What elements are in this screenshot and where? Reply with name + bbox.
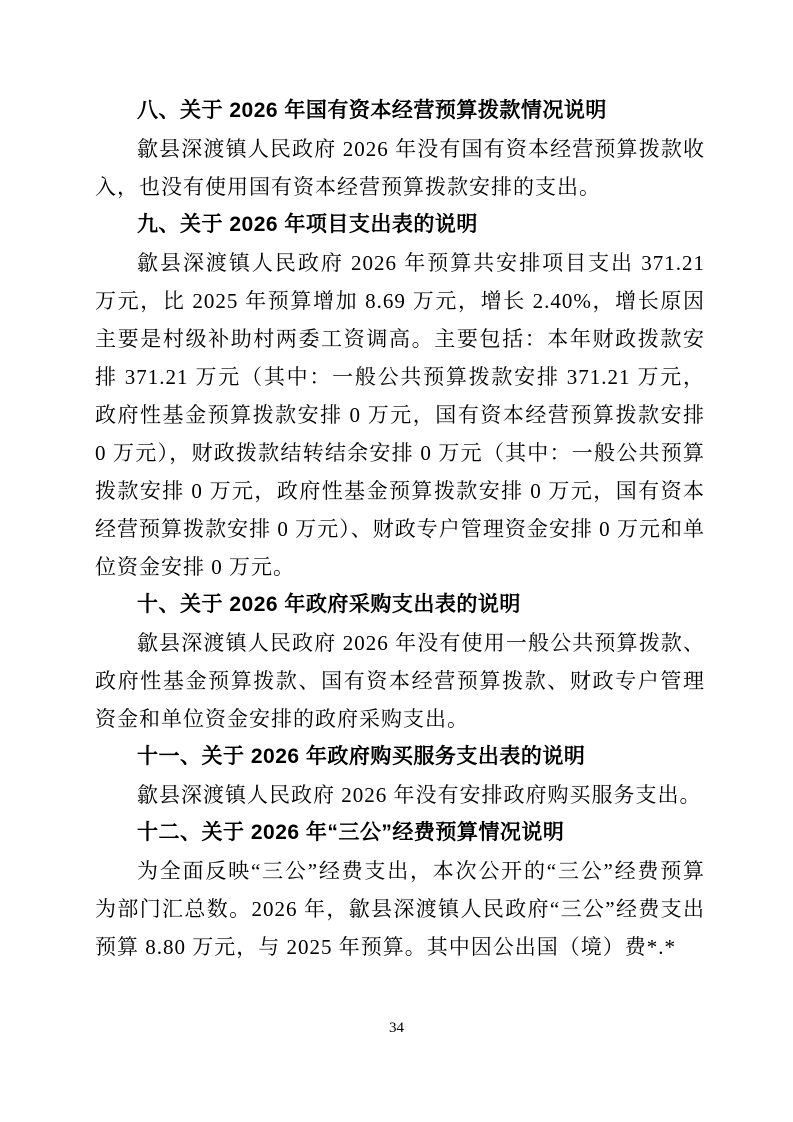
- section-9-paragraph: 歙县深渡镇人民政府 2026 年预算共安排项目支出 371.21 万元，比 20…: [95, 244, 705, 586]
- section-11-paragraph: 歙县深渡镇人民政府 2026 年没有安排政府购买服务支出。: [95, 776, 705, 814]
- section-8-paragraph: 歙县深渡镇人民政府 2026 年没有国有资本经营预算拨款收入，也没有使用国有资本…: [95, 130, 705, 206]
- page-number: 34: [0, 1018, 793, 1038]
- section-9-project-expenditure: 九、关于 2026 年项目支出表的说明 歙县深渡镇人民政府 2026 年预算共安…: [95, 206, 705, 586]
- section-9-heading: 九、关于 2026 年项目支出表的说明: [95, 206, 705, 244]
- section-12-three-public-expenses: 十二、关于 2026 年“三公”经费预算情况说明 为全面反映“三公”经费支出，本…: [95, 814, 705, 966]
- section-11-purchased-services: 十一、关于 2026 年政府购买服务支出表的说明 歙县深渡镇人民政府 2026 …: [95, 738, 705, 814]
- section-8-state-capital-budget: 八、关于 2026 年国有资本经营预算拨款情况说明 歙县深渡镇人民政府 2026…: [95, 92, 705, 206]
- section-10-government-procurement: 十、关于 2026 年政府采购支出表的说明 歙县深渡镇人民政府 2026 年没有…: [95, 586, 705, 738]
- section-12-heading: 十二、关于 2026 年“三公”经费预算情况说明: [95, 814, 705, 852]
- section-10-heading: 十、关于 2026 年政府采购支出表的说明: [95, 586, 705, 624]
- section-8-heading: 八、关于 2026 年国有资本经营预算拨款情况说明: [95, 92, 705, 130]
- section-10-paragraph: 歙县深渡镇人民政府 2026 年没有使用一般公共预算拨款、政府性基金预算拨款、国…: [95, 624, 705, 738]
- section-11-heading: 十一、关于 2026 年政府购买服务支出表的说明: [95, 738, 705, 776]
- document-content: 八、关于 2026 年国有资本经营预算拨款情况说明 歙县深渡镇人民政府 2026…: [95, 92, 705, 966]
- document-page: 八、关于 2026 年国有资本经营预算拨款情况说明 歙县深渡镇人民政府 2026…: [0, 0, 793, 1122]
- section-12-paragraph: 为全面反映“三公”经费支出，本次公开的“三公”经费预算为部门汇总数。2026 年…: [95, 852, 705, 966]
